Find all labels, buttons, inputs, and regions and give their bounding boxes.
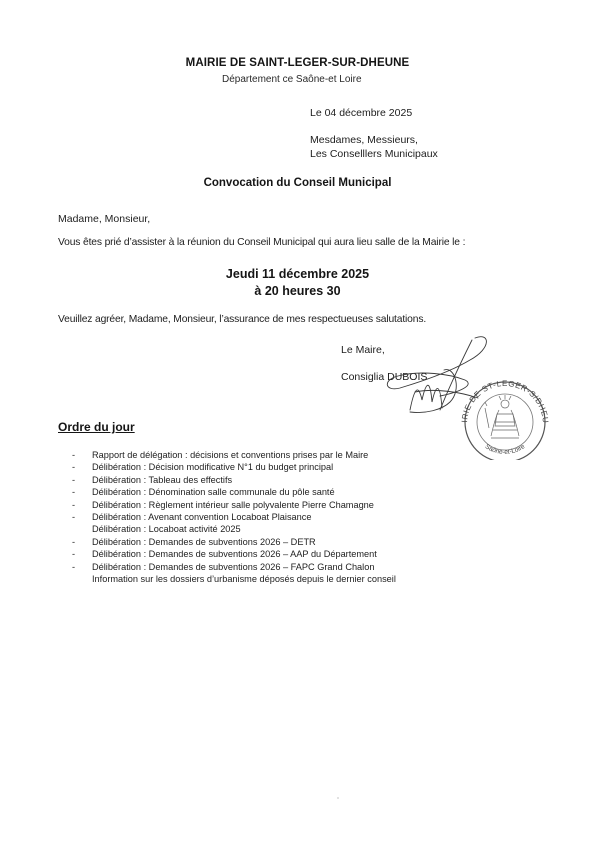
organization-name: MAIRIE DE SAINT-LEGER-SUR-DHEUNE: [0, 57, 595, 69]
closing-paragraph: Veuillez agréer, Madame, Monsieur, l’ass…: [58, 314, 426, 325]
meeting-time: à 20 heures 30: [0, 284, 595, 298]
bullet-dash: -: [72, 511, 92, 523]
letter-title: Convocation du Conseil Municipal: [0, 177, 595, 189]
recipient-line-2: Les Conselllers Municipaux: [310, 148, 438, 160]
agenda-title: Ordre du jour: [58, 420, 135, 434]
municipal-seal-icon: MAIRIE DE ST-LEGER-S/DHEUNE Saône-et-Loi…: [455, 378, 555, 460]
bullet-dash: -: [72, 536, 92, 548]
signatory-role: Le Maire,: [341, 344, 385, 356]
bullet-dash: -: [72, 449, 92, 461]
meeting-date: Jeudi 11 décembre 2025: [0, 267, 595, 281]
bullet-dash: -: [72, 548, 92, 560]
agenda-item-text: Délibération : Demandes de subventions 2…: [92, 561, 374, 573]
agenda-item-text: Délibération : Règlement intérieur salle…: [92, 499, 374, 511]
svg-text:Saône-et-Loire: Saône-et-Loire: [484, 443, 527, 456]
bullet-dash: -: [72, 474, 92, 486]
bullet-dash: -: [72, 561, 92, 573]
agenda-item-text: Information sur les dossiers d’urbanisme…: [92, 573, 396, 585]
bullet-dash: -: [72, 499, 92, 511]
agenda-item-text: Délibération : Tableau des effectifs: [92, 474, 232, 486]
agenda-item-text: Délibération : Avenant convention Locabo…: [92, 511, 311, 523]
agenda-item-text: Délibération : Demandes de subventions 2…: [92, 548, 377, 560]
agenda-item-text: Délibération : Dénomination salle commun…: [92, 486, 335, 498]
recipient-line-1: Mesdames, Messieurs,: [310, 134, 418, 146]
document-page: MAIRIE DE SAINT-LEGER-SUR-DHEUNE Départe…: [0, 0, 595, 842]
department-name: Département ce Saône-et Loire: [222, 74, 362, 85]
letter-date: Le 04 décembre 2025: [310, 107, 412, 119]
bullet-dash: -: [72, 486, 92, 498]
agenda-item-text: Rapport de délégation : décisions et con…: [92, 449, 368, 461]
scan-speck: [337, 797, 339, 799]
agenda-item-text: Délibération : Demandes de subventions 2…: [92, 536, 316, 548]
agenda-item-text: Délibération : Locaboat activité 2025: [92, 523, 241, 535]
bullet-dash: -: [72, 461, 92, 473]
greeting: Madame, Monsieur,: [58, 213, 150, 225]
intro-paragraph: Vous êtes prié d’assister à la réunion d…: [58, 237, 465, 248]
agenda-item-text: Délibération : Décision modificative N°1…: [92, 461, 333, 473]
